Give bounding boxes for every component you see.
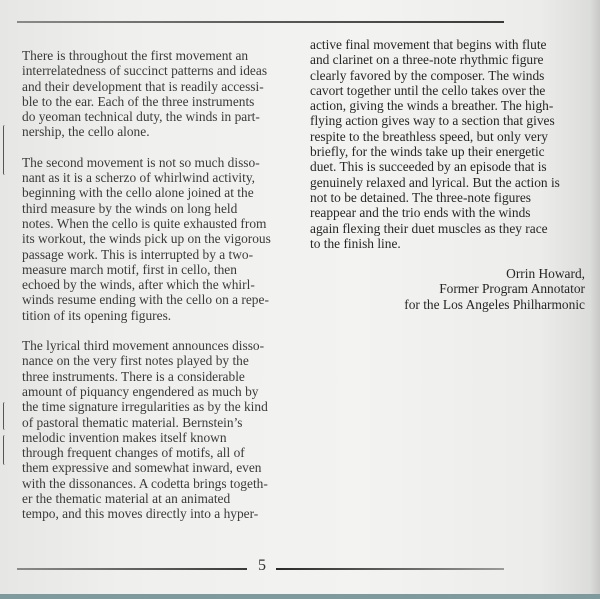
left-column: There is throughout the first movement a…: [22, 48, 297, 537]
binding-mark: [3, 402, 8, 430]
binding-mark: [3, 435, 8, 465]
paragraph-second-movement: The second movement is not so much disso…: [22, 155, 297, 323]
top-rule: [17, 21, 504, 23]
bottom-rule-left: [17, 568, 247, 570]
paragraph-third-movement: The lyrical third movement announces dis…: [22, 338, 297, 522]
booklet-page: There is throughout the first movement a…: [0, 0, 600, 599]
page-number: 5: [253, 557, 271, 575]
scan-bottom-edge: [0, 594, 600, 599]
binding-mark: [3, 125, 8, 175]
paragraph-final-movement: active final movement that begins with f…: [310, 37, 585, 251]
right-column: active final movement that begins with f…: [310, 37, 585, 312]
bottom-rule-right: [276, 568, 504, 570]
page-edge-shadow: [590, 0, 600, 599]
author-signature: Orrin Howard, Former Program Annotator f…: [310, 266, 585, 312]
paragraph-first-movement: There is throughout the first movement a…: [22, 48, 297, 140]
